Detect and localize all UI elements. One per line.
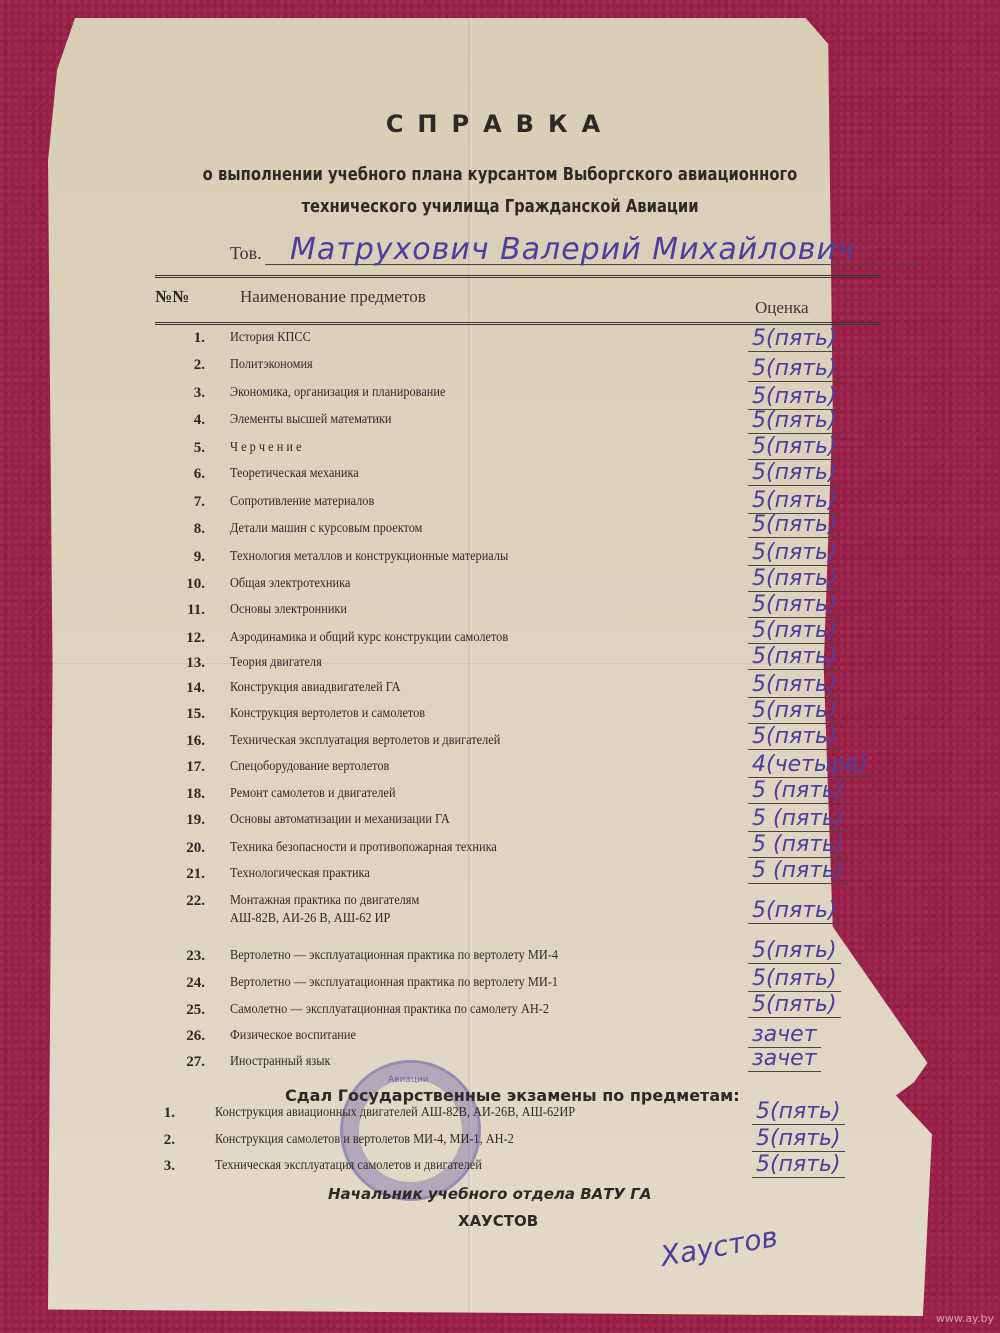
column-header-grade: Оценка <box>755 298 809 318</box>
state-exam-row: 3.Техническая эксплуатация самолетов и д… <box>0 1158 1000 1186</box>
table-row: 18.Ремонт самолетов и двигателей5 (пять) <box>0 786 1000 814</box>
row-subject: Основы электронники <box>230 602 347 618</box>
row-number: 18. <box>165 786 205 803</box>
row-subject: Физическое воспитание <box>230 1028 356 1044</box>
row-grade: 4(четыре) <box>748 752 871 778</box>
row-subject: Теория двигателя <box>230 655 322 671</box>
row-grade: 5(пять) <box>748 898 841 924</box>
row-number: 24. <box>165 975 205 992</box>
row-number: 19. <box>165 812 205 829</box>
row-number: 7. <box>165 494 205 511</box>
row-number: 25. <box>165 1002 205 1019</box>
row-grade: зачет <box>748 1022 821 1048</box>
row-number: 16. <box>165 733 205 750</box>
column-header-subject: Наименование предметов <box>240 287 426 307</box>
row-subject: Аэродинамика и общий курс конструкции са… <box>230 630 508 646</box>
row-number: 20. <box>165 840 205 857</box>
row-number: 6. <box>165 466 205 483</box>
row-grade: 5 (пять) <box>748 832 848 858</box>
row-grade: 5(пять) <box>748 512 841 538</box>
row-grade: 5(пять) <box>748 434 841 460</box>
row-subject: Конструкция вертолетов и самолетов <box>230 706 425 722</box>
table-row: 26.Физическое воспитаниезачет <box>0 1028 1000 1056</box>
row-grade: 5 (пять) <box>748 778 848 804</box>
row-grade: 5(пять) <box>748 408 841 434</box>
row-number: 2. <box>165 357 205 374</box>
table-row: 25.Самолетно — эксплуатационная практика… <box>0 1002 1000 1030</box>
table-row: 19.Основы автоматизации и механизации ГА… <box>0 812 1000 840</box>
document-subtitle-line1: о выполнении учебного плана курсантом Вы… <box>90 164 910 185</box>
row-subject: Технология металлов и конструкционные ма… <box>230 549 508 565</box>
state-exam-row: 2.Конструкция самолетов и вертолетов МИ-… <box>0 1132 1000 1160</box>
column-header-number: №№ <box>155 287 189 307</box>
row-grade: 5(пять) <box>748 384 841 410</box>
row-subject: Иностранный язык <box>230 1054 331 1070</box>
row-subject: Монтажная практика по двигателям <box>230 893 419 909</box>
row-subject: Вертолетно — эксплуатационная практика п… <box>230 975 558 991</box>
row-number: 3. <box>165 385 205 402</box>
stamp-text: Авиации <box>388 1075 429 1085</box>
row-grade: 5(пять) <box>748 966 841 992</box>
row-number: 27. <box>165 1054 205 1071</box>
state-exam-row: 1.Конструкция авиационных двигателей АШ-… <box>0 1105 1000 1133</box>
row-number: 12. <box>165 630 205 647</box>
row-subject: Общая электротехника <box>230 576 350 592</box>
row-number: 10. <box>165 576 205 593</box>
row-subject: Конструкция авиационных двигателей АШ-82… <box>215 1105 575 1121</box>
row-grade: 5(пять) <box>748 644 841 670</box>
table-row: 23.Вертолетно — эксплуатационная практик… <box>0 948 1000 976</box>
row-number: 2. <box>135 1132 175 1149</box>
row-grade: 5(пять) <box>748 326 841 352</box>
document-subtitle-line2: технического училища Гражданской Авиации <box>90 196 910 217</box>
row-grade: 5(пять) <box>752 1099 845 1125</box>
row-number: 13. <box>165 655 205 672</box>
row-grade: 5(пять) <box>748 938 841 964</box>
row-subject: Техника безопасности и противопожарная т… <box>230 840 497 856</box>
row-grade: 5(пять) <box>748 460 841 486</box>
row-number: 4. <box>165 412 205 429</box>
row-grade: 5(пять) <box>748 592 841 618</box>
table-row: 9.Технология металлов и конструкционные … <box>0 549 1000 577</box>
row-subject: Техническая эксплуатация самолетов и дви… <box>215 1158 482 1174</box>
row-subject: Теоретическая механика <box>230 466 359 482</box>
row-subject: Экономика, организация и планирование <box>230 385 445 401</box>
row-number: 23. <box>165 948 205 965</box>
row-subject: Самолетно — эксплуатационная практика по… <box>230 1002 549 1018</box>
row-number: 21. <box>165 866 205 883</box>
row-subject: Ремонт самолетов и двигателей <box>230 786 396 802</box>
row-number: 3. <box>135 1158 175 1175</box>
row-subject: Сопротивление материалов <box>230 494 374 510</box>
table-top-rule <box>155 275 880 278</box>
row-subject: Политэкономия <box>230 357 313 373</box>
table-row: 10.Общая электротехника5(пять) <box>0 576 1000 604</box>
row-subject: Детали машин с курсовым проектом <box>230 521 422 537</box>
row-number: 5. <box>165 440 205 457</box>
row-subject: Конструкция самолетов и вертолетов МИ-4,… <box>215 1132 514 1148</box>
row-grade: 5(пять) <box>748 724 841 750</box>
row-grade: 5 (пять) <box>748 858 848 884</box>
row-grade: 5(пять) <box>748 618 841 644</box>
signatory-position: Начальник учебного отдела ВАТУ ГА <box>328 1185 651 1203</box>
row-number: 8. <box>165 521 205 538</box>
table-row: 4.Элементы высшей математики5(пять) <box>0 412 1000 440</box>
row-subject: Вертолетно — эксплуатационная практика п… <box>230 948 558 964</box>
table-row: 17.Спецоборудование вертолетов4(четыре) <box>0 759 1000 787</box>
table-row: 5.Ч е р ч е н и е5(пять) <box>0 440 1000 468</box>
row-number: 15. <box>165 706 205 723</box>
row-number: 22. <box>165 893 205 910</box>
row-subject: Элементы высшей математики <box>230 412 392 428</box>
row-subject: Спецоборудование вертолетов <box>230 759 389 775</box>
row-number: 1. <box>135 1105 175 1122</box>
row-subject: Ч е р ч е н и е <box>230 440 302 456</box>
recipient-name: Матрухович Валерий Михайлович <box>290 232 856 267</box>
row-number: 11. <box>165 602 205 619</box>
row-subject: История КПСС <box>230 330 311 346</box>
table-row: 14.Конструкция авиадвигателей ГА5(пять) <box>0 680 1000 708</box>
table-row: 13.Теория двигателя5(пять) <box>0 655 1000 683</box>
watermark: www.ay.by <box>936 1312 994 1325</box>
table-row: 20.Техника безопасности и противопожарна… <box>0 840 1000 868</box>
table-row: 7.Сопротивление материалов5(пять) <box>0 494 1000 522</box>
row-grade: 5(пять) <box>748 540 841 566</box>
row-subject-line2: АШ-82В, АИ-26 В, АШ-62 ИР <box>230 911 390 927</box>
state-exams-title: Сдал Государственные экзамены по предмет… <box>285 1086 740 1105</box>
row-grade: зачет <box>748 1046 821 1072</box>
table-row: 24.Вертолетно — эксплуатационная практик… <box>0 975 1000 1003</box>
row-subject: Основы автоматизации и механизации ГА <box>230 812 450 828</box>
table-row: 1.История КПСС5(пять) <box>0 330 1000 358</box>
row-number: 17. <box>165 759 205 776</box>
row-grade: 5(пять) <box>752 1152 845 1178</box>
row-grade: 5(пять) <box>748 356 841 382</box>
signatory-name: ХАУСТОВ <box>458 1212 538 1230</box>
table-row: 21.Технологическая практика5 (пять) <box>0 866 1000 894</box>
row-grade: 5(пять) <box>748 698 841 724</box>
table-row: 12.Аэродинамика и общий курс конструкции… <box>0 630 1000 658</box>
table-row: 11.Основы электронники5(пять) <box>0 602 1000 630</box>
table-row: 15.Конструкция вертолетов и самолетов5(п… <box>0 706 1000 734</box>
row-grade: 5(пять) <box>748 672 841 698</box>
row-number: 26. <box>165 1028 205 1045</box>
row-grade: 5(пять) <box>748 488 841 514</box>
table-row: 27.Иностранный языкзачет <box>0 1054 1000 1082</box>
row-number: 1. <box>165 330 205 347</box>
table-row: 8.Детали машин с курсовым проектом5(пять… <box>0 521 1000 549</box>
row-subject: Техническая эксплуатация вертолетов и дв… <box>230 733 500 749</box>
table-row: 6.Теоретическая механика5(пять) <box>0 466 1000 494</box>
row-grade: 5(пять) <box>748 992 841 1018</box>
table-header-rule <box>155 322 880 325</box>
row-subject: Конструкция авиадвигателей ГА <box>230 680 400 696</box>
table-row: 2.Политэкономия5(пять) <box>0 357 1000 385</box>
row-number: 9. <box>165 549 205 566</box>
table-row: 22.Монтажная практика по двигателямАШ-82… <box>0 893 1000 921</box>
row-grade: 5 (пять) <box>748 806 848 832</box>
row-grade: 5(пять) <box>752 1126 845 1152</box>
row-subject: Технологическая практика <box>230 866 370 882</box>
table-row: 3.Экономика, организация и планирование5… <box>0 385 1000 413</box>
row-number: 14. <box>165 680 205 697</box>
recipient-label: Тов. <box>230 243 262 264</box>
document-title: СПРАВКА <box>0 110 1000 138</box>
row-grade: 5(пять) <box>748 566 841 592</box>
